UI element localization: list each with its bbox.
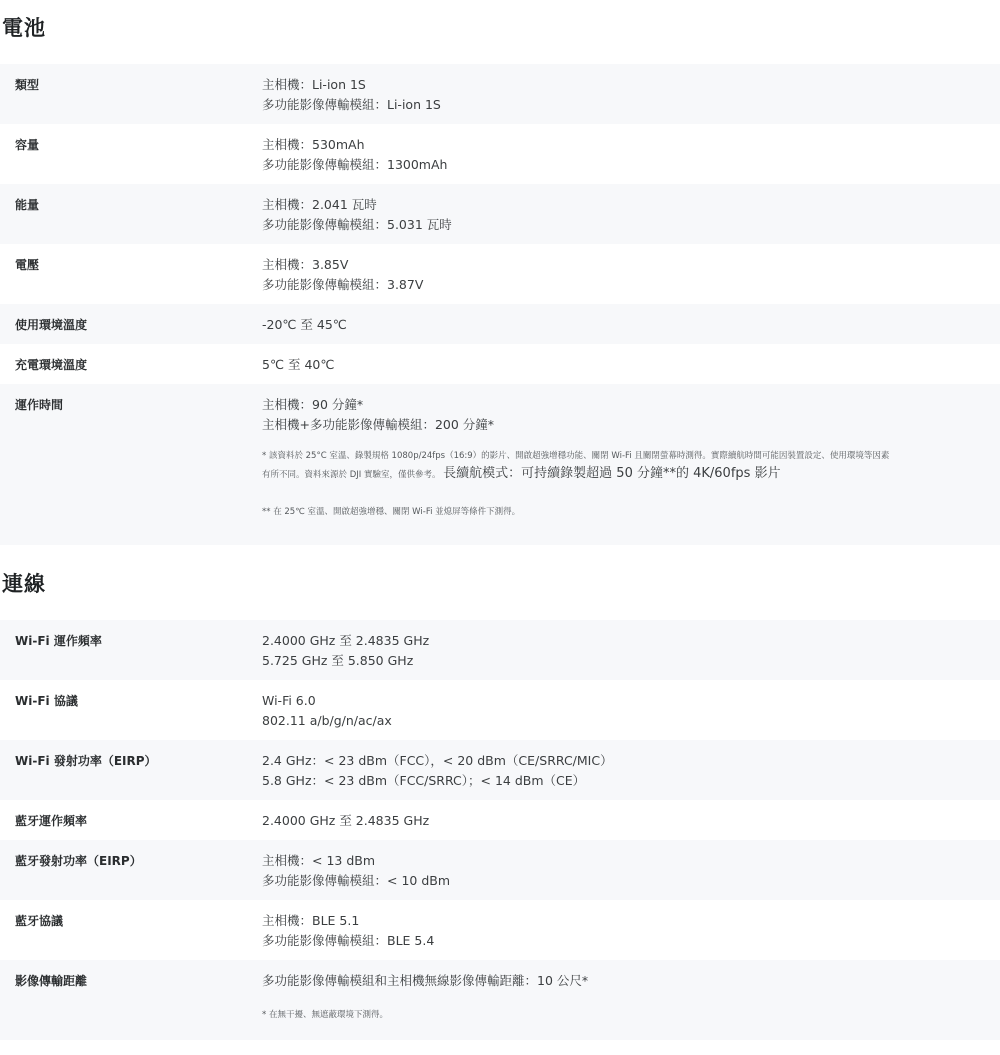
footnote: * 該資料於 25°C 室溫、錄製規格 1080p/24fps（16:9）的影片… (262, 447, 992, 484)
spec-row-wifi-frequency: Wi-Fi 運作頻率 2.4000 GHz 至 2.4835 GHz 5.725… (0, 620, 1000, 680)
value-line: 多功能影像傳輸模組：5.031 瓦時 (262, 215, 992, 235)
spec-row-energy: 能量 主相機：2.041 瓦時 多功能影像傳輸模組：5.031 瓦時 (0, 184, 1000, 244)
value-line: 5.8 GHz：< 23 dBm（FCC/SRRC）；< 14 dBm（CE） (262, 771, 992, 791)
value-line: 多功能影像傳輸模組：1300mAh (262, 155, 992, 175)
value-line: Wi-Fi 6.0 (262, 691, 992, 711)
value-line: 主相機：Li-ion 1S (262, 75, 992, 95)
spec-value: 主相機：3.85V 多功能影像傳輸模組：3.87V (262, 255, 992, 295)
spec-value: 主相機：BLE 5.1 多功能影像傳輸模組：BLE 5.4 (262, 911, 992, 951)
spec-label: 電壓 (15, 256, 39, 273)
spec-label: 能量 (15, 196, 39, 213)
spec-row-charging-temp: 充電環境溫度 5℃ 至 40℃ (0, 344, 1000, 384)
spec-value: 主相機：< 13 dBm 多功能影像傳輸模組：< 10 dBm (262, 851, 992, 891)
spec-label: Wi-Fi 協議 (15, 692, 78, 709)
value-line: 802.11 a/b/g/n/ac/ax (262, 711, 992, 731)
spec-value: -20℃ 至 45℃ (262, 315, 992, 335)
spec-row-bt-frequency: 藍牙運作頻率 2.4000 GHz 至 2.4835 GHz (0, 800, 1000, 840)
value-line: 多功能影像傳輸模組：3.87V (262, 275, 992, 295)
spec-label: 影像傳輸距離 (15, 972, 87, 989)
section-title-connectivity: 連線 (2, 568, 46, 598)
footnote-line: * 該資料於 25°C 室溫、錄製規格 1080p/24fps（16:9）的影片… (262, 447, 992, 465)
long-endurance-note: 長續航模式：可持續錄製超過 50 分鐘**的 4K/60fps 影片 (443, 466, 780, 481)
spec-row-capacity: 容量 主相機：530mAh 多功能影像傳輸模組：1300mAh (0, 124, 1000, 184)
value-line: 主相機：< 13 dBm (262, 851, 992, 871)
spec-value: 2.4000 GHz 至 2.4835 GHz (262, 811, 992, 831)
spec-label: 藍牙協議 (15, 912, 63, 929)
spec-label: 運作時間 (15, 396, 63, 413)
spec-value: 主相機：90 分鐘* 主相機+多功能影像傳輸模組：200 分鐘* * 該資料於 … (262, 395, 992, 522)
value-line: 主相機：3.85V (262, 255, 992, 275)
footnote-double-star: ** 在 25℃ 室溫、開啟超強增穩、關閉 Wi-Fi 並熄屏等條件下測得。 (262, 502, 992, 522)
spec-value: 5℃ 至 40℃ (262, 355, 992, 375)
spec-label: 藍牙運作頻率 (15, 812, 87, 829)
value-line: 多功能影像傳輸模組：BLE 5.4 (262, 931, 992, 951)
value-line: 主相機：BLE 5.1 (262, 911, 992, 931)
footnote-line: 有所不同。資料來源於 DJI 實驗室，僅供參考。 (262, 470, 440, 480)
value-line: 2.4 GHz：< 23 dBm（FCC），< 20 dBm（CE/SRRC/M… (262, 751, 992, 771)
spec-row-voltage: 電壓 主相機：3.85V 多功能影像傳輸模組：3.87V (0, 244, 1000, 304)
value-line: 多功能影像傳輸模組：Li-ion 1S (262, 95, 992, 115)
spec-label: Wi-Fi 運作頻率 (15, 632, 102, 649)
value-line: 5℃ 至 40℃ (262, 355, 992, 375)
value-line: 主相機：530mAh (262, 135, 992, 155)
section-title-battery: 電池 (2, 12, 46, 42)
spec-row-transmission-range: 影像傳輸距離 多功能影像傳輸模組和主相機無線影像傳輸距離：10 公尺* * 在無… (0, 960, 1000, 1040)
value-line: 2.4000 GHz 至 2.4835 GHz (262, 811, 992, 831)
value-line: 5.725 GHz 至 5.850 GHz (262, 651, 992, 671)
footnote: * 在無干擾、無遮蔽環境下測得。 (262, 1005, 992, 1025)
value-line: 多功能影像傳輸模組和主相機無線影像傳輸距離：10 公尺* (262, 971, 992, 991)
spec-value: 2.4000 GHz 至 2.4835 GHz 5.725 GHz 至 5.85… (262, 631, 992, 671)
spec-row-bt-protocol: 藍牙協議 主相機：BLE 5.1 多功能影像傳輸模組：BLE 5.4 (0, 900, 1000, 960)
spec-row-type: 類型 主相機：Li-ion 1S 多功能影像傳輸模組：Li-ion 1S (0, 64, 1000, 124)
spec-label: 容量 (15, 136, 39, 153)
value-line: 主相機：2.041 瓦時 (262, 195, 992, 215)
value-line: 主相機：90 分鐘* (262, 395, 992, 415)
spec-label: 充電環境溫度 (15, 356, 87, 373)
value-line: 多功能影像傳輸模組：< 10 dBm (262, 871, 992, 891)
spec-label: Wi-Fi 發射功率（EIRP） (15, 752, 157, 769)
spec-value: Wi-Fi 6.0 802.11 a/b/g/n/ac/ax (262, 691, 992, 731)
spec-value: 2.4 GHz：< 23 dBm（FCC），< 20 dBm（CE/SRRC/M… (262, 751, 992, 791)
spec-row-wifi-eirp: Wi-Fi 發射功率（EIRP） 2.4 GHz：< 23 dBm（FCC），<… (0, 740, 1000, 800)
spec-label: 類型 (15, 76, 39, 93)
value-line: 主相機+多功能影像傳輸模組：200 分鐘* (262, 415, 992, 435)
value-line: -20℃ 至 45℃ (262, 315, 992, 335)
spec-value: 主相機：530mAh 多功能影像傳輸模組：1300mAh (262, 135, 992, 175)
spec-value: 主相機：2.041 瓦時 多功能影像傳輸模組：5.031 瓦時 (262, 195, 992, 235)
spec-value: 主相機：Li-ion 1S 多功能影像傳輸模組：Li-ion 1S (262, 75, 992, 115)
spec-row-operating-temp: 使用環境溫度 -20℃ 至 45℃ (0, 304, 1000, 344)
spec-row-wifi-protocol: Wi-Fi 協議 Wi-Fi 6.0 802.11 a/b/g/n/ac/ax (0, 680, 1000, 740)
value-line: 2.4000 GHz 至 2.4835 GHz (262, 631, 992, 651)
spec-value: 多功能影像傳輸模組和主相機無線影像傳輸距離：10 公尺* * 在無干擾、無遮蔽環… (262, 971, 992, 1025)
spec-label: 使用環境溫度 (15, 316, 87, 333)
spec-row-runtime: 運作時間 主相機：90 分鐘* 主相機+多功能影像傳輸模組：200 分鐘* * … (0, 384, 1000, 545)
spec-row-bt-eirp: 藍牙發射功率（EIRP） 主相機：< 13 dBm 多功能影像傳輸模組：< 10… (0, 840, 1000, 900)
spec-label: 藍牙發射功率（EIRP） (15, 852, 142, 869)
